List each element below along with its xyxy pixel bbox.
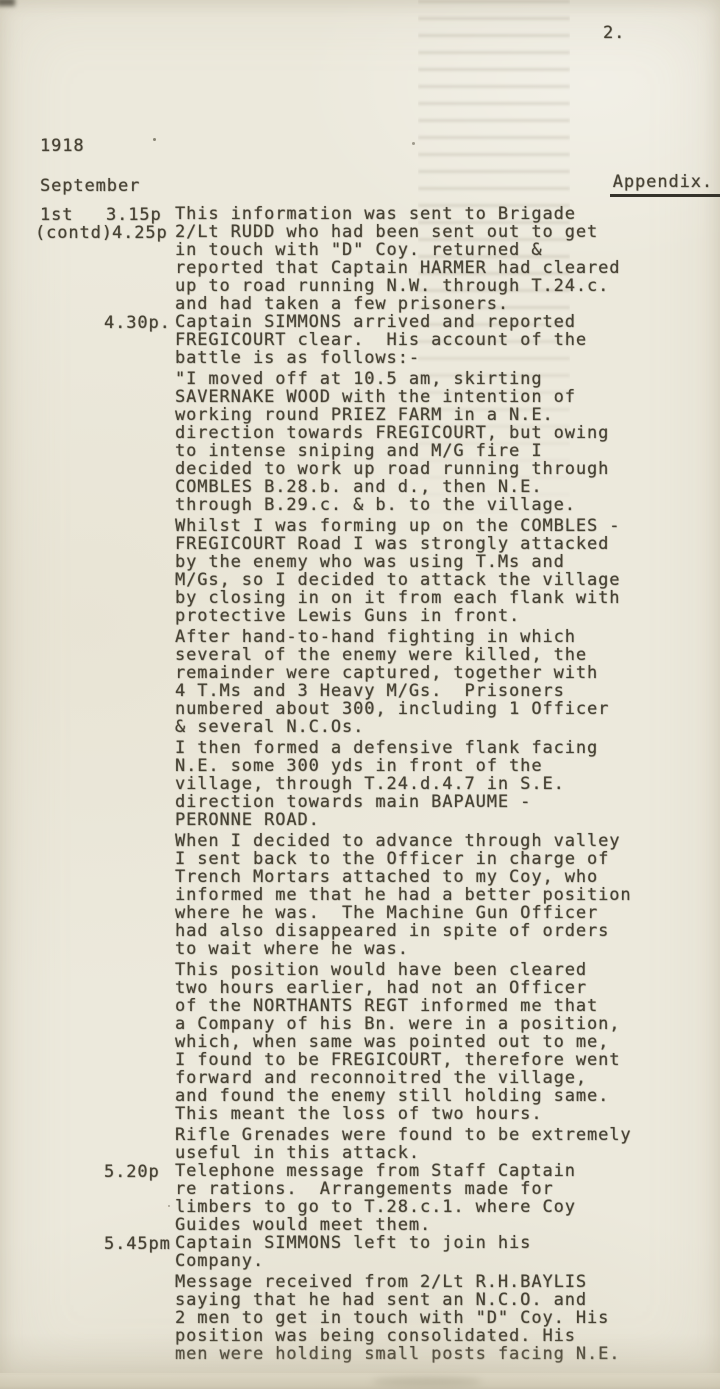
text-line: and found the enemy still holding same. bbox=[175, 1087, 675, 1105]
month-heading: September bbox=[40, 176, 140, 196]
text-line: reported that Captain HARMER had cleared bbox=[175, 259, 675, 277]
paragraph: Whilst I was forming up on the COMBLES -… bbox=[175, 517, 675, 625]
entry-day-label: 1st bbox=[40, 205, 73, 225]
text-line: Company. bbox=[175, 1252, 675, 1270]
text-line: through B.29.c. & b. to the village. bbox=[175, 496, 675, 514]
text-line: men were holding small posts facing N.E. bbox=[175, 1345, 675, 1363]
text-line: 2/Lt RUDD who had been sent out to get bbox=[175, 223, 675, 241]
appendix-column-heading: Appendix. bbox=[610, 172, 720, 197]
text-line: M/Gs, so I decided to attack the village bbox=[175, 571, 675, 589]
text-line: I sent back to the Officer in charge of bbox=[175, 850, 675, 868]
text-line: 4 T.Ms and 3 Heavy M/Gs. Prisoners bbox=[175, 682, 675, 700]
text-line: & several N.C.Os. bbox=[175, 718, 675, 736]
entry-body: Captain SIMMONS left to join hisCompany.… bbox=[175, 1234, 675, 1363]
text-line: in touch with "D" Coy. returned & bbox=[175, 241, 675, 259]
text-line: "I moved off at 10.5 am, skirting bbox=[175, 370, 675, 388]
text-line: decided to work up road running through bbox=[175, 460, 675, 478]
text-line: where he was. The Machine Gun Officer bbox=[175, 904, 675, 922]
entry-body: 2/Lt RUDD who had been sent out to getin… bbox=[175, 223, 675, 313]
entry-time-label: 4.25p bbox=[112, 223, 168, 243]
text-line: Telephone message from Staff Captain bbox=[175, 1162, 675, 1180]
diary-entry: (contd) 4.25p 2/Lt RUDD who had been sen… bbox=[0, 223, 720, 313]
text-line: limbers to go to T.28.c.1. where Coy bbox=[175, 1198, 675, 1216]
text-line: FREGICOURT clear. His account of the bbox=[175, 331, 675, 349]
text-line: remainder were captured, together with bbox=[175, 664, 675, 682]
entry-time-label: 5.20p bbox=[104, 1162, 160, 1182]
text-line: I found to be FREGICOURT, therefore went bbox=[175, 1051, 675, 1069]
paragraph: "I moved off at 10.5 am, skirtingSAVERNA… bbox=[175, 370, 675, 514]
text-line: 2 men to get in touch with "D" Coy. His bbox=[175, 1309, 675, 1327]
paragraph: 2/Lt RUDD who had been sent out to getin… bbox=[175, 223, 675, 313]
text-line: to intense sniping and M/G fire I bbox=[175, 442, 675, 460]
text-line: This meant the loss of two hours. bbox=[175, 1105, 675, 1123]
text-line: several of the enemy were killed, the bbox=[175, 646, 675, 664]
text-line: two hours earlier, had not an Officer bbox=[175, 979, 675, 997]
text-line: had also disappeared in spite of orders bbox=[175, 922, 675, 940]
text-line: forward and reconnoitred the village, bbox=[175, 1069, 675, 1087]
text-line: which, when same was pointed out to me, bbox=[175, 1033, 675, 1051]
paragraph: After hand-to-hand fighting in whichseve… bbox=[175, 628, 675, 736]
paragraph: Captain SIMMONS arrived and reportedFREG… bbox=[175, 313, 675, 367]
text-line: re rations. Arrangements made for bbox=[175, 1180, 675, 1198]
text-line: direction towards main BAPAUME - bbox=[175, 793, 675, 811]
text-line: up to road running N.W. through T.24.c. bbox=[175, 277, 675, 295]
text-line: PERONNE ROAD. bbox=[175, 811, 675, 829]
diary-entry: 5.45pm Captain SIMMONS left to join hisC… bbox=[0, 1234, 720, 1363]
paragraph: I then formed a defensive flank facingN.… bbox=[175, 739, 675, 829]
text-line: informed me that he had a better positio… bbox=[175, 886, 675, 904]
entry-time-label: 5.45pm bbox=[104, 1234, 171, 1254]
text-line: position was being consolidated. His bbox=[175, 1327, 675, 1345]
text-line: N.E. some 300 yds in front of the bbox=[175, 757, 675, 775]
text-line: village, through T.24.d.4.7 in S.E. bbox=[175, 775, 675, 793]
paragraph: Telephone message from Staff Captainre r… bbox=[175, 1162, 675, 1234]
text-line: direction towards FREGICOURT, but owing bbox=[175, 424, 675, 442]
text-line: a Company of his Bn. were in a position, bbox=[175, 1015, 675, 1033]
text-line: saying that he had sent an N.C.O. and bbox=[175, 1291, 675, 1309]
entry-day-label: (contd) bbox=[35, 223, 113, 243]
text-line: SAVERNAKE WOOD with the intention of bbox=[175, 388, 675, 406]
text-line: working round PRIEZ FARM in a N.E. bbox=[175, 406, 675, 424]
scan-edge-mark bbox=[0, 0, 15, 6]
text-line: COMBLES B.28.b. and d., then N.E. bbox=[175, 478, 675, 496]
paragraph: Message received from 2/Lt R.H.BAYLISsay… bbox=[175, 1273, 675, 1363]
text-line: After hand-to-hand fighting in which bbox=[175, 628, 675, 646]
text-line: protective Lewis Guns in front. bbox=[175, 607, 675, 625]
bottom-smudge bbox=[372, 1377, 482, 1387]
entry-body: This information was sent to Brigade bbox=[175, 205, 675, 223]
text-line: When I decided to advance through valley bbox=[175, 832, 675, 850]
text-line: Guides would meet them. bbox=[175, 1216, 675, 1234]
text-line: I then formed a defensive flank facing bbox=[175, 739, 675, 757]
text-line: Whilst I was forming up on the COMBLES - bbox=[175, 517, 675, 535]
text-line: Rifle Grenades were found to be extremel… bbox=[175, 1126, 675, 1144]
text-line: by the enemy who was using T.Ms and bbox=[175, 553, 675, 571]
paper-speck bbox=[153, 138, 156, 141]
text-line: useful in this attack. bbox=[175, 1144, 675, 1162]
diary-entry: 4.30p. Captain SIMMONS arrived and repor… bbox=[0, 313, 720, 1162]
page-number: 2. bbox=[603, 23, 625, 43]
entries: 1st 3.15p This information was sent to B… bbox=[0, 205, 720, 1363]
text-line: FREGICOURT Road I was strongly attacked bbox=[175, 535, 675, 553]
text-line: Captain SIMMONS arrived and reported bbox=[175, 313, 675, 331]
paragraph: Captain SIMMONS left to join hisCompany. bbox=[175, 1234, 675, 1270]
diary-entry: 1st 3.15p This information was sent to B… bbox=[0, 205, 720, 223]
text-line: Trench Mortars attached to my Coy, who bbox=[175, 868, 675, 886]
text-line: This information was sent to Brigade bbox=[175, 205, 675, 223]
paragraph: This position would have been clearedtwo… bbox=[175, 961, 675, 1123]
text-line: Captain SIMMONS left to join his bbox=[175, 1234, 675, 1252]
paragraph: Rifle Grenades were found to be extremel… bbox=[175, 1126, 675, 1162]
diary-entry: 5.20p Telephone message from Staff Capta… bbox=[0, 1162, 720, 1234]
text-line: by closing in on it from each flank with bbox=[175, 589, 675, 607]
entry-body: Captain SIMMONS arrived and reportedFREG… bbox=[175, 313, 675, 1162]
text-line: of the NORTHANTS REGT informed me that bbox=[175, 997, 675, 1015]
paragraph: When I decided to advance through valley… bbox=[175, 832, 675, 958]
text-line: This position would have been cleared bbox=[175, 961, 675, 979]
text-line: and had taken a few prisoners. bbox=[175, 295, 675, 313]
text-line: to wait where he was. bbox=[175, 940, 675, 958]
entry-body: Telephone message from Staff Captainre r… bbox=[175, 1162, 675, 1234]
text-line: numbered about 300, including 1 Officer bbox=[175, 700, 675, 718]
entry-time-label: 4.30p. bbox=[104, 313, 171, 333]
text-line: Message received from 2/Lt R.H.BAYLIS bbox=[175, 1273, 675, 1291]
text-line: battle is as follows:- bbox=[175, 349, 675, 367]
entry-time-label: 3.15p bbox=[106, 205, 162, 225]
war-diary-page: 2. 1918 September Appendix. 1st 3.15p Th… bbox=[0, 0, 720, 1389]
paper-speck bbox=[412, 142, 415, 145]
paragraph: This information was sent to Brigade bbox=[175, 205, 675, 223]
page-bottom-edge bbox=[0, 1373, 720, 1389]
year-heading: 1918 bbox=[40, 136, 85, 156]
